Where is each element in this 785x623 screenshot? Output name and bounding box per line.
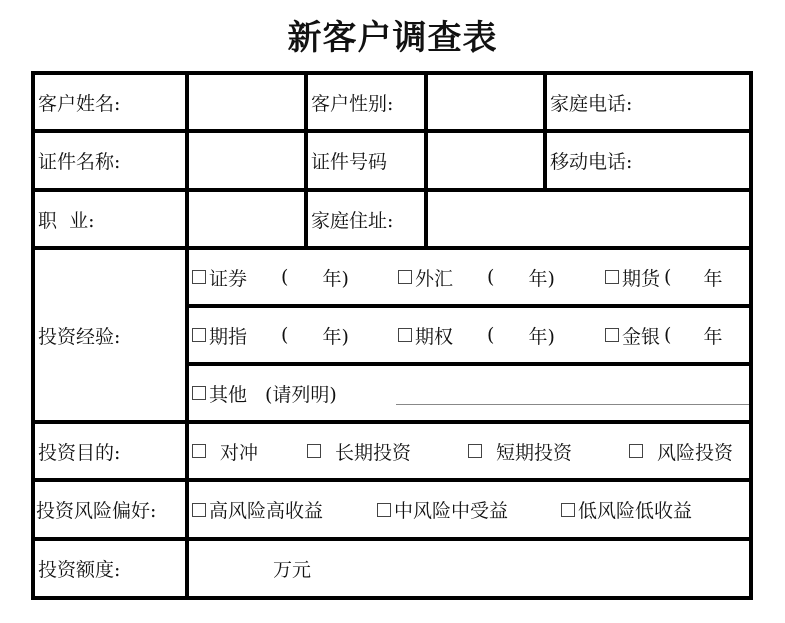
border-line [187,304,753,308]
investment-purpose-label: 投资目的: [33,422,187,480]
mobile-phone-field[interactable]: 移动电话: [545,131,751,190]
home-address-input[interactable] [426,190,751,248]
checkbox-icon[interactable] [192,270,206,284]
purpose-option-speculative[interactable]: 风险投资 [629,438,733,465]
id-type-label: 证件名称: [33,131,187,190]
border-line [424,71,428,248]
experience-line-1: 证券 ( 年) 外汇 ( 年) 期货 ( 年 [187,248,751,306]
experience-line-2: 期指 ( 年) 期权 ( 年) 金银 ( 年 [187,306,751,364]
customer-gender-label: 客户性别: [306,73,426,131]
experience-option-gold-silver[interactable]: 金银 ( 年 [605,322,722,349]
checkbox-icon[interactable] [468,444,482,458]
border-line [33,71,753,75]
checkbox-icon[interactable] [377,503,391,517]
risk-preference-options: 高风险高收益 中风险中受益 低风险低收益 [187,480,751,539]
checkbox-icon[interactable] [307,444,321,458]
id-number-input[interactable] [426,131,545,190]
border-line [33,420,753,424]
home-phone-label: 家庭电话: [550,89,632,116]
other-specify-underline[interactable] [396,404,749,405]
amount-unit: 万元 [273,555,311,582]
risk-option-medium[interactable]: 中风险中受益 [377,496,561,523]
border-line [749,71,753,600]
id-type-input[interactable] [187,131,306,190]
customer-name-input[interactable] [187,73,306,131]
checkbox-icon[interactable] [192,444,206,458]
checkbox-icon[interactable] [605,328,619,342]
border-line [31,71,35,600]
risk-preference-label: 投资风险偏好: [33,480,187,539]
checkbox-icon[interactable] [605,270,619,284]
checkbox-icon[interactable] [398,270,412,284]
purpose-option-long-term[interactable]: 长期投资 [307,438,468,465]
customer-survey-table: 客户姓名: 客户性别: 家庭电话: 证件名称: 证件号码 移动电话: 职 业: … [33,73,751,598]
investment-amount-label: 投资额度: [33,539,187,598]
checkbox-icon[interactable] [192,386,206,400]
experience-option-futures[interactable]: 期货 ( 年 [605,264,722,291]
border-line [304,71,308,248]
investment-experience-label: 投资经验: [33,248,187,422]
risk-option-low[interactable]: 低风险低收益 [561,496,692,523]
checkbox-icon[interactable] [561,503,575,517]
experience-line-other: 其他 (请列明) [187,364,751,422]
experience-option-securities[interactable]: 证券 ( 年) [192,264,398,291]
id-number-label: 证件号码 [306,131,426,190]
risk-option-high[interactable]: 高风险高收益 [192,496,377,523]
border-line [33,596,753,600]
home-address-label: 家庭住址: [306,190,426,248]
border-line [33,478,753,482]
investment-amount-input[interactable]: 万元 [187,539,751,598]
experience-option-forex[interactable]: 外汇 ( 年) [398,264,605,291]
experience-option-options[interactable]: 期权 ( 年) [398,322,605,349]
occupation-label: 职 业: [33,190,187,248]
customer-name-label: 客户姓名: [33,73,187,131]
border-line [185,71,189,600]
border-line [33,246,753,250]
border-line [187,362,753,366]
border-line [543,71,547,190]
purpose-option-short-term[interactable]: 短期投资 [468,438,629,465]
checkbox-icon[interactable] [192,503,206,517]
checkbox-icon[interactable] [629,444,643,458]
checkbox-icon[interactable] [398,328,412,342]
checkbox-icon[interactable] [192,328,206,342]
border-line [33,188,753,192]
other-hint: (请列明) [265,380,337,407]
border-line [33,129,753,133]
form-title: 新客户调查表 [0,10,785,59]
experience-option-other[interactable]: 其他 (请列明) [192,380,337,407]
border-line [33,537,753,541]
occupation-input[interactable] [187,190,306,248]
mobile-phone-label: 移动电话: [550,147,632,174]
home-phone-field[interactable]: 家庭电话: [545,73,751,131]
customer-gender-input[interactable] [426,73,545,131]
purpose-option-hedge[interactable]: 对冲 [192,438,307,465]
experience-option-index-futures[interactable]: 期指 ( 年) [192,322,398,349]
investment-purpose-options: 对冲 长期投资 短期投资 风险投资 [187,422,751,480]
